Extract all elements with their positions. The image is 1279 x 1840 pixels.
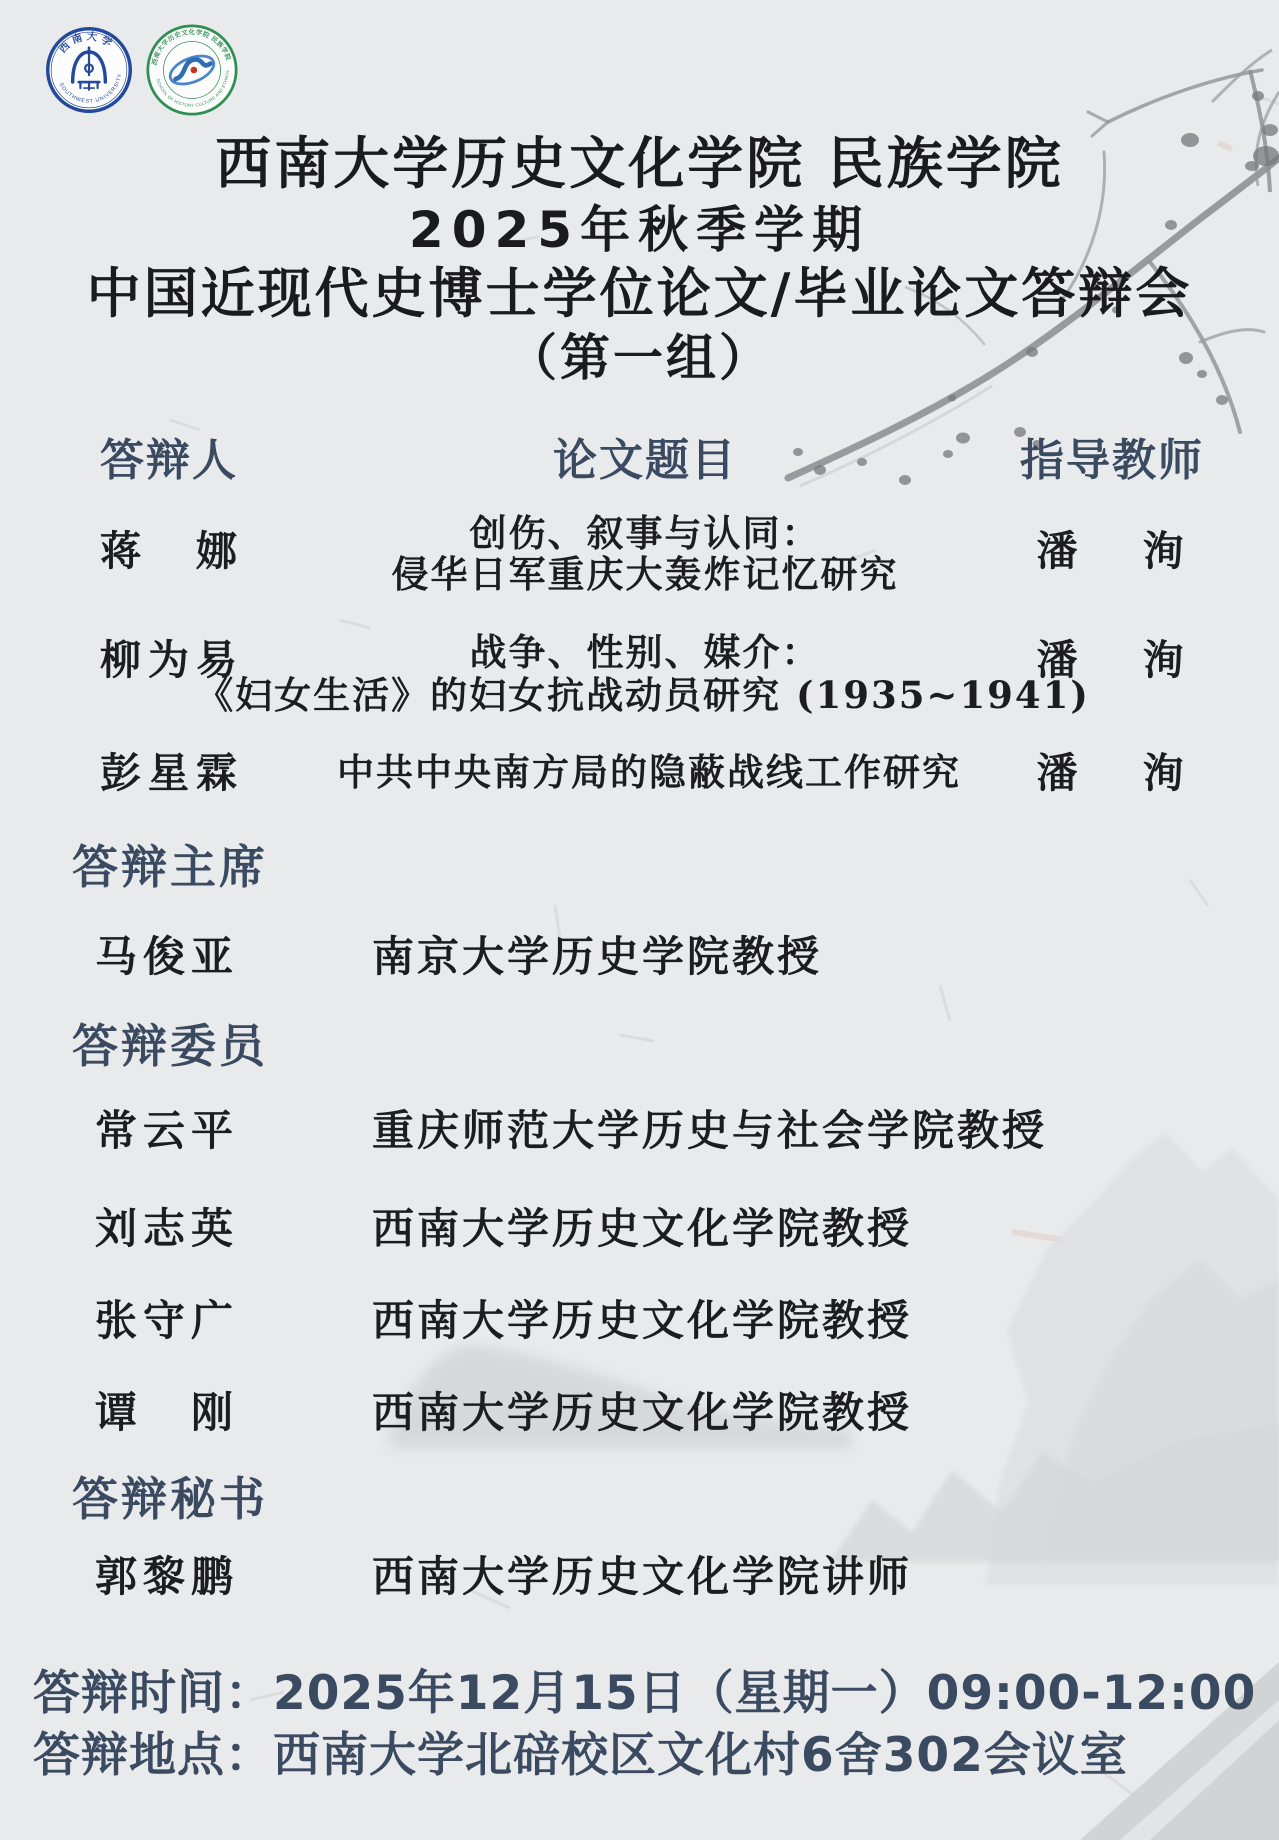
thesis-title-line: 侵华日军重庆大轰炸记忆研究 — [392, 544, 899, 598]
thesis-title-line: 中共中央南方局的隐蔽战线工作研究 — [337, 742, 961, 796]
defense-time: 答辩时间：2025年12月15日（星期一）09:00-12:00 — [33, 1656, 1256, 1723]
member-affiliation: 重庆师范大学历史与社会学院教授 — [372, 1098, 1047, 1158]
section-heading-committee: 答辩委员 — [72, 1010, 268, 1076]
defender-name: 彭星霖 — [100, 740, 244, 799]
member-affiliation: 西南大学历史文化学院教授 — [372, 1196, 912, 1256]
poster-title-line4: （第一组） — [0, 318, 1279, 390]
southwest-university-seal: 西南大学 SOUTHWEST UNIVERSITY — [46, 27, 132, 113]
advisor-name: 潘 洵 — [1037, 627, 1196, 686]
thesis-title-line: 《妇女生活》的妇女抗战动员研究 (1935~1941) — [196, 665, 1090, 719]
defender-name: 蒋 娜 — [100, 518, 244, 577]
member-name: 张守广 — [95, 1288, 239, 1348]
member-name: 马俊亚 — [95, 924, 239, 984]
column-header-thesis-title: 论文题目 — [553, 424, 737, 488]
member-affiliation: 西南大学历史文化学院教授 — [372, 1288, 912, 1348]
section-heading-secretary: 答辩秘书 — [72, 1463, 268, 1529]
defense-location: 答辩地点：西南大学北碚校区文化村6舍302会议室 — [33, 1718, 1128, 1785]
poster-title-line1: 西南大学历史文化学院 民族学院 — [0, 120, 1279, 200]
column-header-defender: 答辩人 — [100, 424, 238, 488]
member-affiliation: 西南大学历史文化学院讲师 — [372, 1544, 912, 1604]
advisor-name: 潘 洵 — [1037, 740, 1196, 799]
column-header-advisor: 指导教师 — [1020, 424, 1204, 488]
advisor-name: 潘 洵 — [1037, 518, 1196, 577]
poster-title-line3: 中国近现代史博士学位论文/毕业论文答辩会 — [0, 251, 1279, 328]
member-name: 刘志英 — [95, 1196, 239, 1256]
member-affiliation: 西南大学历史文化学院教授 — [372, 1380, 912, 1440]
member-affiliation: 南京大学历史学院教授 — [372, 924, 822, 984]
history-college-seal: 西南大学历史文化学院 民族学院 SCHOOL OF HISTORY CULTUR… — [146, 24, 238, 116]
member-name: 郭黎鹏 — [95, 1544, 239, 1604]
section-heading-chair: 答辩主席 — [72, 831, 268, 897]
defense-announcement-poster: 西南大学 SOUTHWEST UNIVERSITY 西南大学历史文化学院 民族学… — [0, 0, 1279, 1840]
member-name: 谭 刚 — [95, 1380, 239, 1440]
member-name: 常云平 — [95, 1098, 239, 1158]
